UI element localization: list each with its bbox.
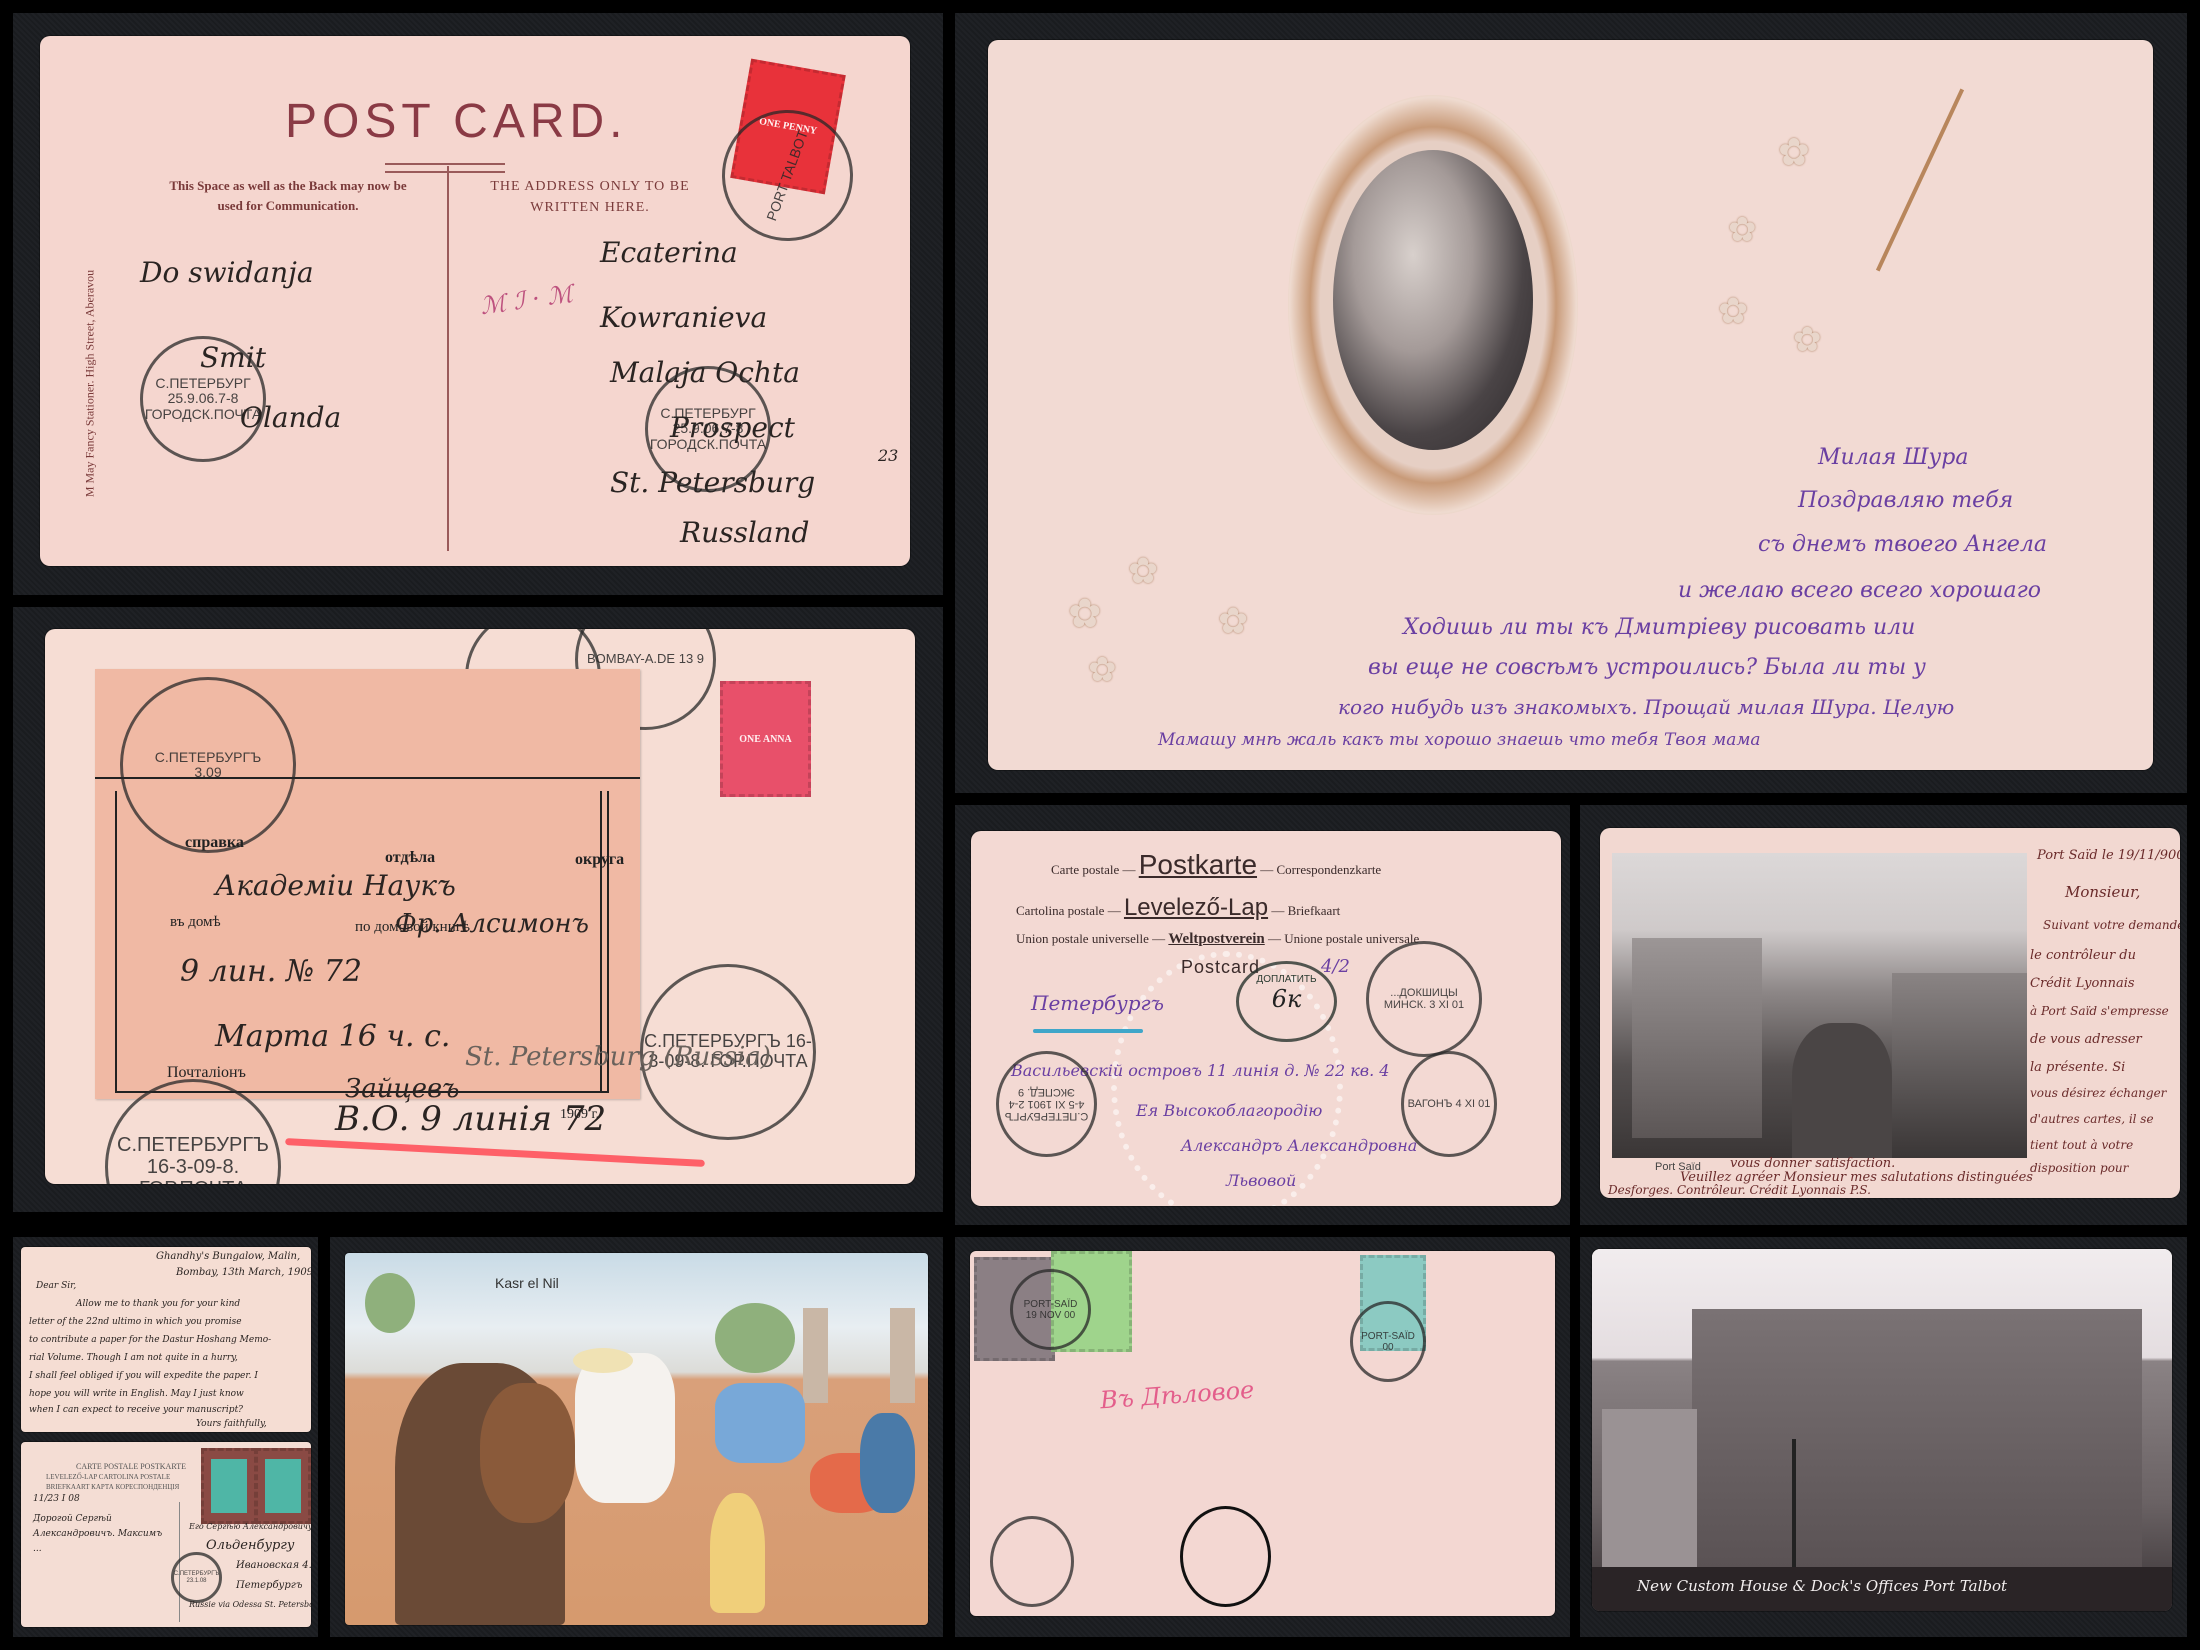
label-hand-3: 9 лин. № 72 [180,954,362,989]
spravka-field: справка [185,834,244,852]
postmark-spb: С.ПЕТЕРБУРГЪ 23.1.08 [171,1552,222,1603]
letter-line-1: Dear Sir, [36,1281,76,1291]
header-line-3: BRIEFKAART КАРТА КОРЕСПОНДЕНЦІЯ [46,1483,179,1491]
postcard-6b[interactable]: CARTE POSTALE POSTKARTE LEVELEZŐ-LAP CAR… [21,1442,311,1627]
postmark-port-talbot: PORT TALBOT [704,92,872,260]
header-line-2: LEVELEZŐ-LAP CARTOLINA POSTALE [46,1473,170,1481]
panel-card-8: PORT-SAÏD19 NOV 00 PORT-SAÏD00 Въ Дѣлово… [955,1237,1570,1637]
postmark-minsk: ...ДОКШИЦЫ МИНСК. 3 XI 01 [1366,941,1482,1057]
pylon-2 [890,1308,915,1403]
panel-card-1: POST CARD. M May Fancy Stationer. High S… [13,13,943,595]
postmark-port-said-right: PORT-SAÏD00 [1350,1301,1426,1382]
msg-line-9: vous désirez échanger [2030,1086,2166,1100]
header-row-1: Carte postale — Postkarte — Corresponden… [1051,849,1381,881]
greeting-line-7: кого нибудь изъ знакомыхъ. Прощай милая … [1338,695,1954,719]
seated-figure-blue [860,1413,915,1513]
postcard-7[interactable]: Kasr el Nil [345,1253,928,1625]
address-line-1: Его Сергѣю Александровичу [189,1522,311,1531]
greeting-line-8: Мамашу мнѣ жаль какъ ты хорошо знаешь чт… [1158,730,1761,750]
card-title: Kasr el Nil [495,1275,559,1291]
msg-line-10: d'autres cartes, il se [2030,1112,2154,1126]
msg-line-5: Crédit Lyonnais [2030,976,2135,991]
publisher-imprint: M May Fancy Stationer. High Street, Aber… [83,174,98,567]
due-stamp: ДОПЛАТИТЬ 6к [1236,961,1337,1042]
letter-line-6: I shall feel obliged if you will expedit… [29,1371,258,1381]
blue-underline [1033,1029,1143,1033]
msg-line-7: de vous adresser [2030,1032,2142,1047]
greeting-line-6: вы еще не совсѣмъ устроились? Была ли ты… [1368,655,1926,680]
stamp-sudan-camel-2 [255,1448,311,1524]
panel-card-7: Kasr el Nil [330,1237,943,1637]
spravka-label: С.ПЕТЕРБУРГЪ3.09 справка отдѣла округа в… [95,669,640,1099]
tree-centre [715,1303,795,1373]
house-field: въ домѣ [170,914,221,931]
letter-closing: Yours faithfully, [196,1419,267,1429]
postmark-vagon: ВАГОНЪ 4 XI 01 [1401,1051,1497,1157]
address-line-2: Ольденбургу [206,1538,294,1553]
house-number: 23 [878,446,898,465]
greeting-line-3: съ днемъ твоего Ангела [1758,532,2047,557]
header-row-2: Cartolina postale — Levelező-Lap — Brief… [1016,894,1340,922]
postcard-2[interactable]: ✿ ✿ ✿ ✿ ✿ ✿ ✿ ✿ Милая Шура Поздравляю те… [988,40,2153,770]
forwarding-note: ℳ ℐ · ℳ [479,280,575,321]
msg-line-8: la présente. Si [2030,1060,2125,1075]
letter-line-4: to contribute a paper for the Dastur Hos… [29,1335,271,1345]
label-hand-1: Академіи Наукъ [215,869,456,902]
address-line-vo: В.О. 9 линія 72 [335,1099,606,1139]
right-instruction: THE ADDRESS ONLY TO BE WRITTEN HERE. [480,176,700,218]
address-line-3: Ивановская 4. [236,1560,311,1571]
header-line-1: CARTE POSTALE POSTKARTE [76,1462,186,1471]
msg-line-12: disposition pour [2030,1161,2128,1175]
custom-house-photo [1592,1249,2172,1611]
pylon-1 [803,1308,828,1403]
label-hand-4: Марта 16 ч. с. [215,1019,450,1054]
address-line-3: Ея Высокоблагородію [1136,1101,1322,1120]
building-wing [1602,1409,1697,1569]
msg-line-3: Suivant votre demande [2043,918,2180,932]
address-line-6: Russland [680,516,809,549]
fleeing-man-blue [715,1383,805,1463]
boy-in-yellow [710,1493,765,1613]
postcard-5[interactable]: Port Saïd Port Saïd le 19/11/900 Monsieu… [1600,828,2180,1198]
flower-sprig-left: ✿ ✿ ✿ ✿ [1048,510,1298,710]
river-landscape-image [1333,150,1533,450]
stamp-sudan-camel-1 [201,1448,257,1524]
panel-card-2: ✿ ✿ ✿ ✿ ✿ ✿ ✿ ✿ Милая Шура Поздравляю те… [955,13,2187,793]
red-underline [285,1138,705,1167]
panel-card-3: ONE ANNA BOMBAY-A.DE 13 9 ПЕТЕРБ... С.ПЕ… [13,607,943,1212]
letter-line-3: letter of the 22nd ultimo in which you p… [29,1317,242,1327]
panel-card-4: Carte postale — Postkarte — Corresponden… [955,805,1570,1225]
letter-line-2: Allow me to thank you for your kind [76,1299,240,1309]
tourist-on-donkey [575,1353,675,1503]
header-date: Bombay, 13th March, 1909. [176,1267,311,1278]
msg-line-13: vous donner satisfaction. [1730,1156,1895,1171]
panel-card-6: Ghandhy's Bungalow, Malin, Bombay, 13th … [13,1237,318,1637]
msg-line-2: Monsieur, [2065,883,2140,901]
msg-line-11: tient tout à votre [2030,1138,2133,1152]
postcard-6a[interactable]: Ghandhy's Bungalow, Malin, Bombay, 13th … [21,1247,311,1432]
address-line-stpetersburg: St. Petersburg (Russia) [465,1042,771,1072]
okruga-field: округа [575,851,624,869]
header-address: Ghandhy's Bungalow, Malin, [156,1251,300,1262]
otdela-field: отдѣла [385,849,435,867]
stamp-one-anna: ONE ANNA [720,681,811,797]
address-line-5: Russie via Odessa St. Petersbourg [189,1600,311,1609]
greeting-line-5: Ходишь ли ты къ Дмитріеву рисовать или [1403,615,1915,640]
photo-caption: New Custom House & Dock's Offices Port T… [1637,1577,2007,1595]
letter-line-8: when I can expect to receive your manusc… [29,1405,243,1415]
postcard-heading: POST CARD. [285,94,628,149]
msg-line-6: à Port Saïd s'empresse [2030,1004,2169,1018]
postmark-moskva [1180,1506,1271,1607]
postmark-port-said-top: PORT-SAÏD19 NOV 00 [1010,1269,1091,1350]
postmark-spb-right: С.ПЕТЕРБУРГ25.9.06.7-8ГОРОДСК.ПОЧТА [645,366,771,492]
postcard-9[interactable]: New Custom House & Dock's Offices Port T… [1592,1249,2172,1611]
address-city: Петербургъ [1031,991,1164,1015]
postcard-8[interactable]: PORT-SAÏD19 NOV 00 PORT-SAÏD00 Въ Дѣлово… [970,1251,1555,1616]
address-line-4: Петербургъ [236,1580,302,1591]
divider-line [447,166,449,551]
address-line-2: Kowranieva [600,301,767,334]
letter-line-7: hope you will write in English. May I ju… [29,1389,244,1399]
message-block: Дорогой Сергѣй Александровичъ. Максимъ .… [33,1512,173,1557]
tourist-hat [573,1348,633,1373]
cyrillic-redirect: Въ Дѣловое [1099,1376,1255,1415]
msg-date: Port Saïd le 19/11/900 [2037,848,2180,863]
postcard-4[interactable]: Carte postale — Postkarte — Corresponden… [971,831,1561,1206]
address-line-1: Ecaterina [600,236,738,269]
card-date: 11/23 I 08 [33,1494,80,1504]
greeting-line-4: и желаю всего всего хорошаго [1678,578,2041,603]
postmark-spb-label: С.ПЕТЕРБУРГЪ3.09 [120,677,296,853]
label-hand-2: Фр. Алсимонъ [395,909,589,939]
msg-signature: Desforges. Contrôleur. Crédit Lyonnais P… [1608,1183,1871,1197]
address-line-5: Львовой [1226,1171,1296,1190]
postcard-1[interactable]: POST CARD. M May Fancy Stationer. High S… [40,36,910,566]
port-said-street-photo [1612,853,2027,1158]
panel-card-5: Port Saïd Port Saïd le 19/11/900 Monsieu… [1580,805,2187,1225]
msg-line-4: le contrôleur du [2030,948,2136,963]
address-line-4: Александръ Александровна [1181,1136,1417,1155]
left-instruction: This Space as well as the Back may now b… [158,176,418,216]
letter-line-5: rial Volume. Though I am not quite in a … [29,1353,238,1363]
postcard-3[interactable]: ONE ANNA BOMBAY-A.DE 13 9 ПЕТЕРБ... С.ПЕ… [45,629,915,1184]
header-row-3: Union postale universelle — Weltpostvere… [1016,931,1419,948]
postmark-spb-left: С.ПЕТЕРБУРГ25.9.06.7-8ГОРОДСК.ПОЧТА [140,336,266,462]
greeting-line-2: Поздравляю тебя [1798,488,2013,513]
postmark-port-said-bottom [990,1516,1074,1607]
water-jar [480,1383,575,1523]
postmark-spb-exped: С.ПЕТЕРБУРГЪ 4-5 XI 1901 2-4 ЭКСПЕД. 9 [996,1051,1097,1157]
tree-left [365,1273,415,1333]
lamp-post [1792,1439,1796,1569]
panel-card-9: New Custom House & Dock's Offices Port T… [1580,1237,2187,1637]
greeting-line-1: Милая Шура [1818,445,1968,470]
message-line-1: Do swidanja [140,256,314,289]
building-main [1692,1309,2142,1569]
flower-sprig-right: ✿ ✿ ✿ ✿ [1718,100,2018,400]
